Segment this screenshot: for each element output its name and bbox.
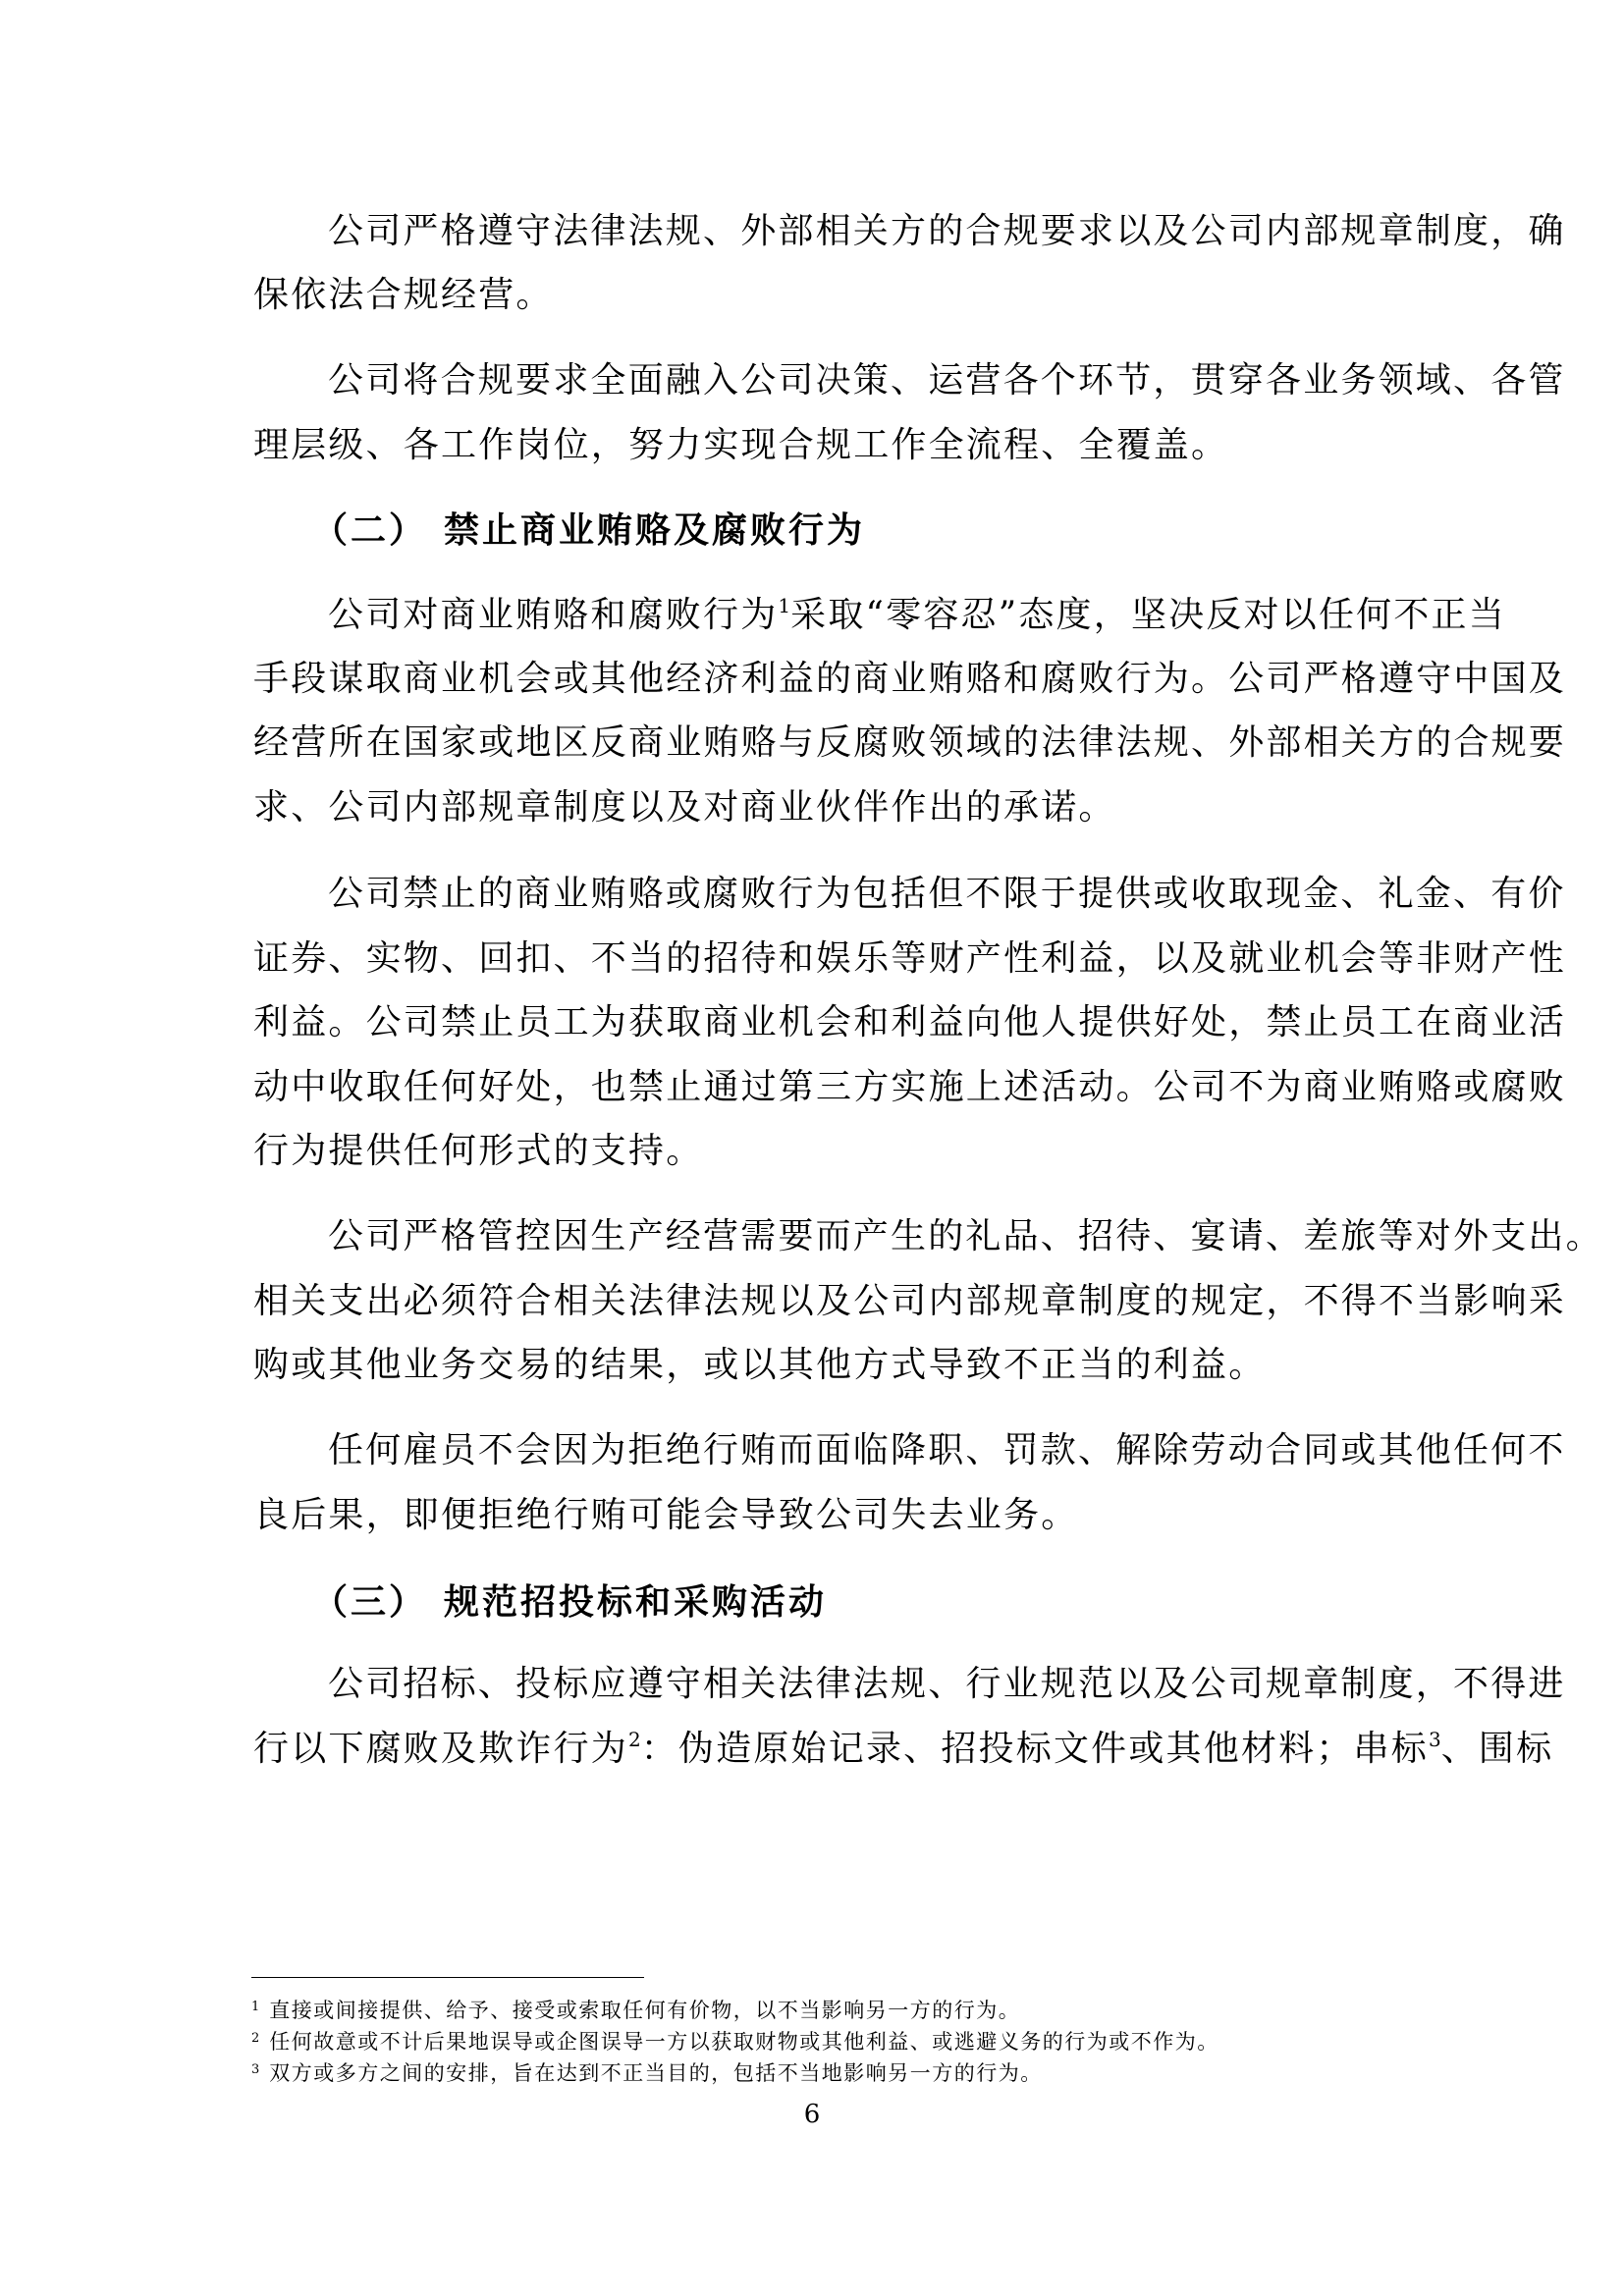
section-3-title: 规范招投标和采购活动 (444, 1577, 827, 1627)
paragraph-6-line-2: 良后果，即便拒绝行贿可能会导致公司失去业务。 (253, 1491, 1392, 1540)
page-number: 6 (0, 2099, 1624, 2130)
paragraph-1-line-2: 保依法合规经营。 (253, 271, 1392, 320)
section-2-title: 禁止商业贿赂及腐败行为 (444, 506, 865, 555)
paragraph-7-text-a: 行以下腐败及欺诈行为 (253, 1729, 628, 1769)
section-3-number: （三） (312, 1577, 427, 1627)
paragraph-2-line-2: 理层级、各工作岗位，努力实现合规工作全流程、全覆盖。 (253, 421, 1392, 470)
paragraph-3-line-3: 经营所在国家或地区反商业贿赂与反腐败领域的法律法规、外部相关方的合规要 (253, 719, 1392, 768)
paragraph-3-line-4: 求、公司内部规章制度以及对商业伙伴作出的承诺。 (253, 783, 1392, 832)
paragraph-5-line-2: 相关支出必须符合相关法律法规以及公司内部规章制度的规定，不得不当影响采 (253, 1277, 1392, 1326)
paragraph-5-line-3: 购或其他业务交易的结果，或以其他方式导致不正当的利益。 (253, 1341, 1392, 1390)
paragraph-2-line-1: 公司将合规要求全面融入公司决策、运营各个环节，贯穿各业务领域、各管 (328, 356, 1392, 405)
footnote-mark-3: 3 (251, 2062, 259, 2077)
paragraph-7-text-b: ：伪造原始记录、招投标文件或其他材料；串标 (641, 1729, 1429, 1769)
paragraph-3-line-2: 手段谋取商业机会或其他经济利益的商业贿赂和腐败行为。公司严格遵守中国及 (253, 655, 1392, 704)
paragraph-1-line-1: 公司严格遵守法律法规、外部相关方的合规要求以及公司内部规章制度，确 (328, 207, 1392, 256)
paragraph-7-line-1: 公司招标、投标应遵守相关法律法规、行业规范以及公司规章制度，不得进 (328, 1660, 1392, 1709)
footnote-3: 3双方或多方之间的安排，旨在达到不正当目的，包括不当地影响另一方的行为。 (251, 2058, 1043, 2088)
paragraph-4-line-5: 行为提供任何形式的支持。 (253, 1127, 1392, 1176)
footnote-text-2: 任何故意或不计后果地误导或企图误导一方以获取财物或其他利益、或逃避义务的行为或不… (269, 2030, 1219, 2054)
footnote-text-3: 双方或多方之间的安排，旨在达到不正当目的，包括不当地影响另一方的行为。 (269, 2061, 1043, 2085)
paragraph-3-line-1: 公司对商业贿赂和腐败行为1采取“零容忍”态度，坚决反对以任何不正当 (328, 591, 1392, 640)
footnote-separator (251, 1977, 644, 1978)
paragraph-3-text-b: 采取“零容忍”态度，坚决反对以任何不正当 (790, 595, 1506, 635)
paragraph-4-line-1: 公司禁止的商业贿赂或腐败行为包括但不限于提供或收取现金、礼金、有价 (328, 870, 1392, 919)
paragraph-3-text-a: 公司对商业贿赂和腐败行为 (328, 595, 778, 635)
paragraph-4-line-2: 证券、实物、回扣、不当的招待和娱乐等财产性利益，以及就业机会等非财产性 (253, 934, 1392, 984)
footnote-ref-3[interactable]: 3 (1429, 1728, 1441, 1751)
paragraph-6-line-1: 任何雇员不会因为拒绝行贿而面临降职、罚款、解除劳动合同或其他任何不 (328, 1426, 1392, 1475)
paragraph-4-line-3: 利益。公司禁止员工为获取商业机会和利益向他人提供好处，禁止员工在商业活 (253, 998, 1392, 1047)
footnote-mark-1: 1 (251, 2000, 259, 2014)
document-page: 公司严格遵守法律法规、外部相关方的合规要求以及公司内部规章制度，确 保依法合规经… (0, 0, 1624, 2296)
paragraph-5-line-1: 公司严格管控因生产经营需要而产生的礼品、招待、宴请、差旅等对外支出。 (328, 1212, 1392, 1261)
footnote-ref-1[interactable]: 1 (778, 594, 790, 617)
paragraph-7-text-c: 、围标 (1441, 1729, 1554, 1769)
footnote-1: 1直接或间接提供、给予、接受或索取任何有价物，以不当影响另一方的行为。 (251, 1996, 1020, 2025)
footnote-text-1: 直接或间接提供、给予、接受或索取任何有价物，以不当影响另一方的行为。 (269, 1999, 1020, 2022)
footnote-2: 2任何故意或不计后果地误导或企图误导一方以获取财物或其他利益、或逃避义务的行为或… (251, 2027, 1219, 2056)
footnote-ref-2[interactable]: 2 (628, 1728, 641, 1751)
footnote-mark-2: 2 (251, 2031, 259, 2046)
paragraph-4-line-4: 动中收取任何好处，也禁止通过第三方实施上述活动。公司不为商业贿赂或腐败 (253, 1063, 1392, 1112)
paragraph-7-line-2: 行以下腐败及欺诈行为2：伪造原始记录、招投标文件或其他材料；串标3、围标 (253, 1725, 1392, 1774)
section-2-number: （二） (312, 506, 427, 555)
